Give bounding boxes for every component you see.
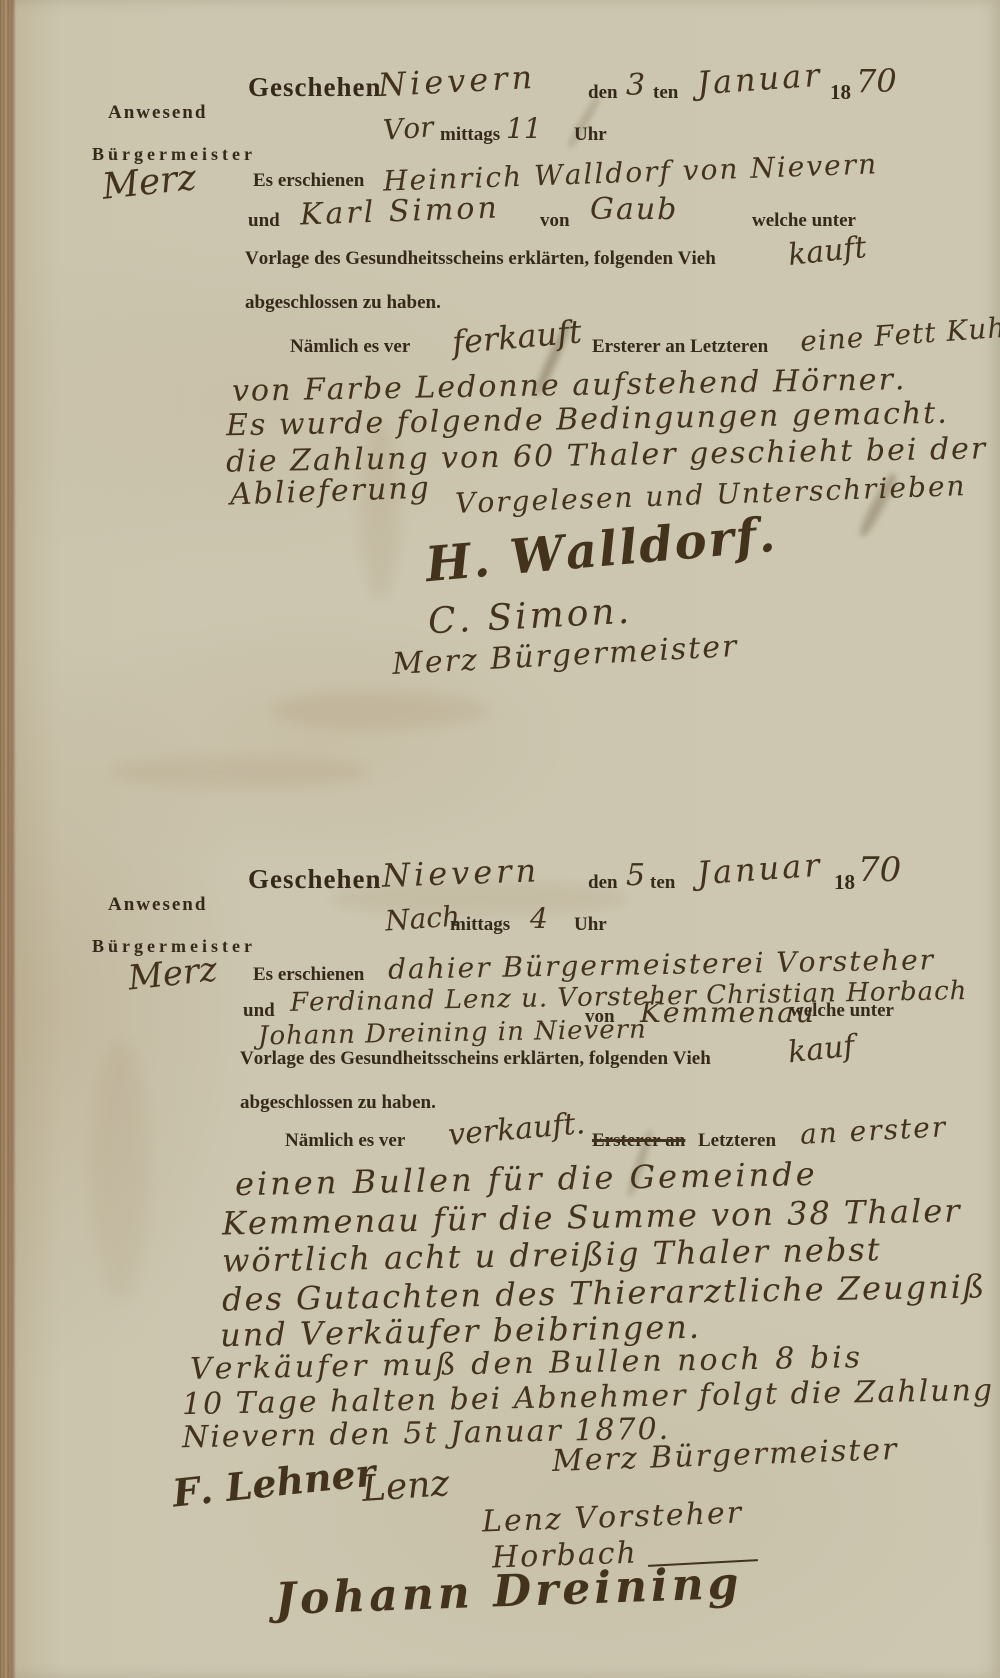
entry2-day-handwritten: 5 xyxy=(626,858,645,893)
entry1-und-label: und xyxy=(248,210,280,232)
entry2-welche-unter-label: welche unter xyxy=(790,1000,894,1022)
entry2-es-erschienen-label: Es erschienen xyxy=(253,964,364,986)
entry1-year-handwritten: 70 xyxy=(856,62,897,100)
entry1-es-erschienen-label: Es erschienen xyxy=(253,170,364,192)
entry1-mittags-label: mittags xyxy=(440,124,500,146)
entry1-signature-simon: C. Simon. xyxy=(427,591,633,643)
entry2-und-label: und xyxy=(243,1000,275,1022)
entry2-struck-ersterer-label: Ersterer an xyxy=(592,1130,685,1152)
entry1-welche-unter-label: welche unter xyxy=(752,210,856,232)
entry2-hour-handwritten: 4 xyxy=(530,902,548,935)
entry1-verb-handwritten: ferkauft xyxy=(451,312,584,361)
ink-bleed-stain xyxy=(110,755,370,789)
margin2-anwesend-label: Anwesend xyxy=(108,894,207,916)
entry1-year-printed: 18 xyxy=(830,80,851,105)
entry2-abgeschlossen-label: abgeschlossen zu haben. xyxy=(240,1092,436,1114)
entry1-daypart-handwritten: Vor xyxy=(382,110,435,146)
entry1-party1-handwritten: Heinrich Walldorf von Nievern xyxy=(383,147,879,197)
margin2-mayor-signature: Merz xyxy=(126,949,219,998)
entry2-den-label: den xyxy=(588,872,618,894)
entry2-signature-lenz: Lenz xyxy=(361,1463,451,1510)
entry2-signature-lenz-vorsteher: Lenz Vorsteher xyxy=(481,1495,743,1539)
entry2-year-printed: 18 xyxy=(834,870,855,895)
entry1-place-handwritten: Nievern xyxy=(377,58,537,104)
entry1-day-handwritten: 3 xyxy=(626,68,645,103)
entry1-uhr-label: Uhr xyxy=(574,124,607,146)
margin1-anwesend-label: Anwesend xyxy=(108,102,207,124)
entry1-object-handwritten: eine Fett Kuh xyxy=(799,311,1000,358)
entry1-geschehen-label: Geschehen xyxy=(248,72,382,103)
entry2-kauf-handwritten: kauf xyxy=(786,1029,856,1071)
entry2-year-handwritten: 70 xyxy=(858,850,901,890)
entry2-signature-lehner: F. Lehner xyxy=(170,1449,377,1515)
record-book-page: Anwesend Bürgermeister Merz Geschehen Ni… xyxy=(0,0,1000,1678)
entry1-von-label: von xyxy=(540,210,570,232)
entry1-place2-handwritten: Gaub xyxy=(590,192,678,227)
entry2-ten-label: ten xyxy=(650,872,675,894)
entry1-kauf-handwritten: kauft xyxy=(786,230,868,273)
entry2-letzteren-label: Letzteren xyxy=(698,1130,776,1152)
ink-bleed-stain xyxy=(270,690,490,730)
entry2-party3-handwritten: Johann Dreining in Nievern xyxy=(258,1015,647,1052)
book-binding-edge xyxy=(0,0,16,1678)
entry1-vorlage-label: Vorlage des Gesundheitsscheins erklärten… xyxy=(245,248,716,270)
entry1-party2-handwritten: Karl Simon xyxy=(299,191,500,233)
entry1-signature-walldorf: H. Walldorf. xyxy=(423,507,779,594)
entry2-verb-handwritten: verkauft. xyxy=(447,1106,587,1153)
entry1-ten-label: ten xyxy=(653,82,678,104)
entry2-uhr-label: Uhr xyxy=(574,914,607,936)
entry2-mittags-label: mittags xyxy=(450,914,510,936)
entry1-body-line: Ablieferung xyxy=(229,471,431,513)
entry2-vorlage-label: Vorlage des Gesundheitsscheins erklärten… xyxy=(240,1048,711,1070)
entry2-object-handwritten: an erster xyxy=(799,1110,948,1151)
entry2-place-handwritten: Nievern xyxy=(381,851,540,894)
entry2-naemlich-label: Nämlich es ver xyxy=(285,1130,405,1152)
entry2-signature-dreining: Johann Dreining xyxy=(274,1558,743,1625)
margin1-mayor-signature: Merz xyxy=(100,157,198,208)
entry1-hour-handwritten: 11 xyxy=(506,112,542,145)
entry1-den-label: den xyxy=(588,82,618,104)
entry2-geschehen-label: Geschehen xyxy=(248,864,382,895)
ink-bleed-stain xyxy=(90,1040,150,1300)
entry1-ersterer-letzteren-label: Ersterer an Letzteren xyxy=(592,336,768,358)
entry2-month-handwritten: Januar xyxy=(696,846,824,893)
entry1-abgeschlossen-label: abgeschlossen zu haben. xyxy=(245,292,441,314)
entry1-month-handwritten: Januar xyxy=(696,56,824,103)
entry1-naemlich-label: Nämlich es ver xyxy=(290,336,410,358)
